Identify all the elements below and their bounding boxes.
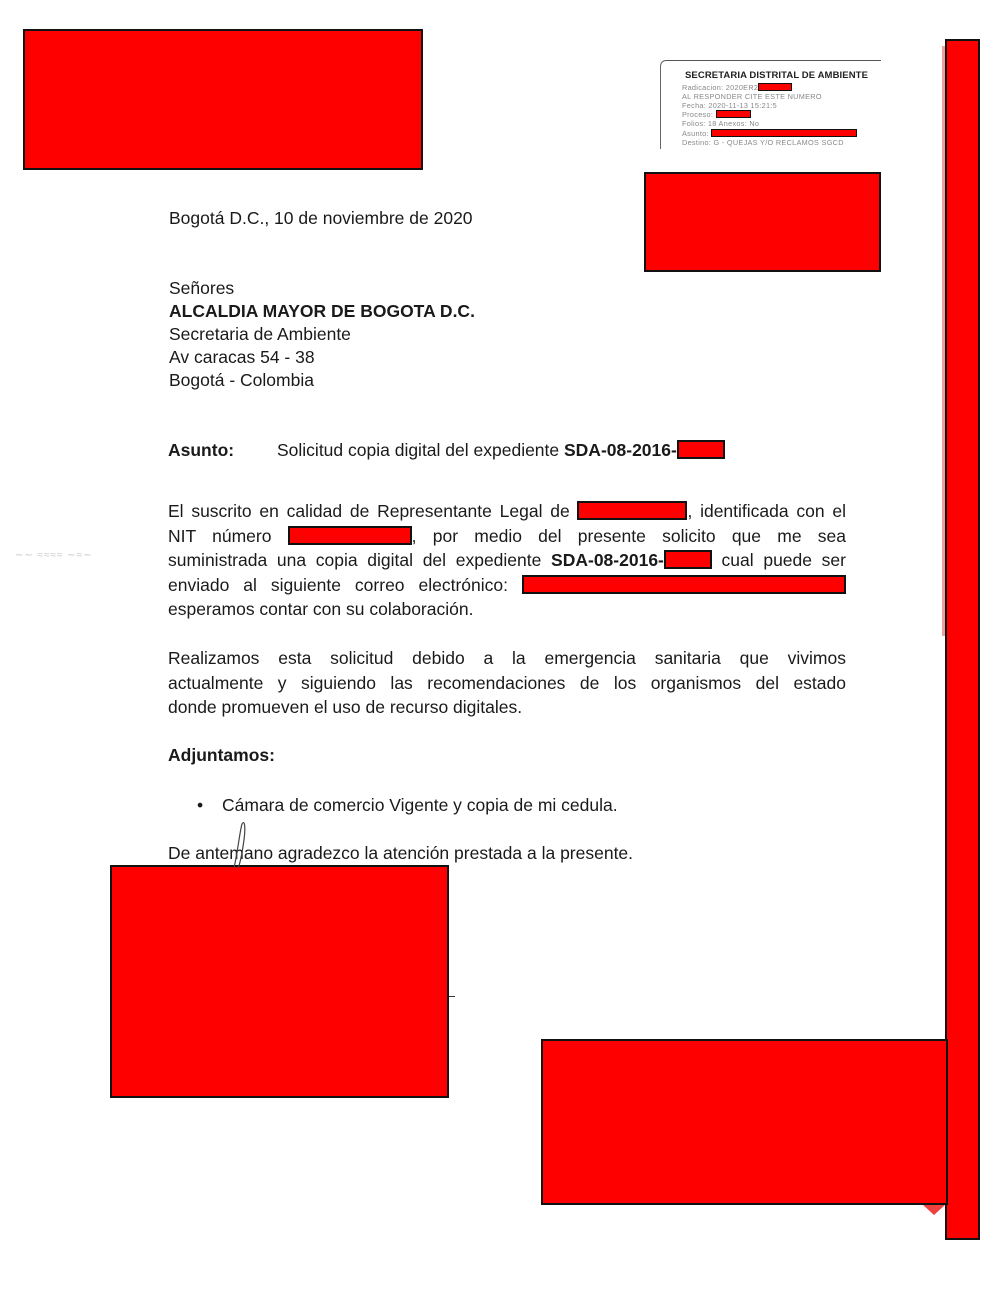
- reason-line-2: actualmente y siguiendo las recomendacio…: [168, 671, 846, 696]
- redacted-case-suffix-2: [664, 550, 712, 569]
- stamp-title: SECRETARIA DISTRITAL DE AMBIENTE: [685, 70, 868, 81]
- scan-mark: [922, 1204, 946, 1215]
- stamp-fecha: Fecha: 2020-11-13 15:21:5: [682, 102, 857, 111]
- subject-case-number: SDA-08-2016-: [564, 440, 677, 460]
- request-paragraph: El suscrito en calidad de Representante …: [168, 499, 846, 622]
- redacted-footer: [541, 1039, 948, 1205]
- redacted-nit: [288, 526, 412, 545]
- redacted-company-name: [577, 501, 687, 520]
- subject-line: Solicitud copia digital del expediente S…: [277, 440, 725, 461]
- scan-artifact: ∼∼ ≈≈≈≈ ∼≈∼: [15, 550, 165, 562]
- attachments-heading: Adjuntamos:: [168, 745, 275, 766]
- redacted-header-right: [644, 172, 881, 272]
- stamp-proceso: Proceso:: [682, 110, 713, 119]
- filing-stamp: SECRETARIA DISTRITAL DE AMBIENTE Radicac…: [660, 60, 881, 149]
- recipient-organization: ALCALDIA MAYOR DE BOGOTA D.C.: [169, 301, 475, 322]
- stamp-details: Radicacion: 2020ER2 AL RESPONDER CITE ES…: [682, 83, 857, 148]
- subject-label: Asunto:: [168, 440, 234, 461]
- redacted-email: [522, 575, 846, 594]
- signature-stroke: [226, 820, 256, 870]
- stamp-folios: Folios: 18 Anexos: No: [682, 120, 857, 129]
- request-line-3: suministrada una copia digital del exped…: [168, 548, 846, 573]
- request-line-1: El suscrito en calidad de Representante …: [168, 499, 846, 524]
- stamp-radicacion: Radicacion: 2020ER2: [682, 83, 758, 92]
- place-date: Bogotá D.C., 10 de noviembre de 2020: [169, 208, 473, 229]
- redacted-signature: [110, 865, 449, 1098]
- reason-line-1: Realizamos esta solicitud debido a la em…: [168, 646, 846, 671]
- signature-line-mark: [449, 996, 455, 997]
- redacted-case-suffix: [677, 440, 725, 459]
- redacted-radicacion: [758, 83, 792, 91]
- bullet-icon: •: [197, 795, 222, 816]
- redacted-right-strip: [945, 39, 980, 1240]
- request-line-2: NIT número , por medio del presente soli…: [168, 524, 846, 549]
- request-line-4: enviado al siguiente correo electrónico:: [168, 573, 846, 598]
- reason-paragraph: Realizamos esta solicitud debido a la em…: [168, 646, 846, 720]
- redacted-proceso: [716, 110, 751, 118]
- recipient-address: Av caracas 54 - 38: [169, 347, 315, 368]
- redacted-asunto: [711, 129, 857, 137]
- redacted-letterhead: [23, 29, 423, 170]
- stamp-asunto: Asunto:: [682, 129, 709, 138]
- subject-text: Solicitud copia digital del expediente: [277, 440, 564, 460]
- recipient-department: Secretaria de Ambiente: [169, 324, 351, 345]
- reason-line-3: donde promueven el uso de recurso digita…: [168, 695, 846, 720]
- stamp-destino: Destino: G - QUEJAS Y/O RECLAMOS SGCD: [682, 139, 857, 148]
- attachment-item: •Cámara de comercio Vigente y copia de m…: [197, 795, 618, 816]
- recipient-salutation: Señores: [169, 278, 234, 299]
- request-line-5: esperamos contar con su colaboración.: [168, 597, 846, 622]
- recipient-city: Bogotá - Colombia: [169, 370, 314, 391]
